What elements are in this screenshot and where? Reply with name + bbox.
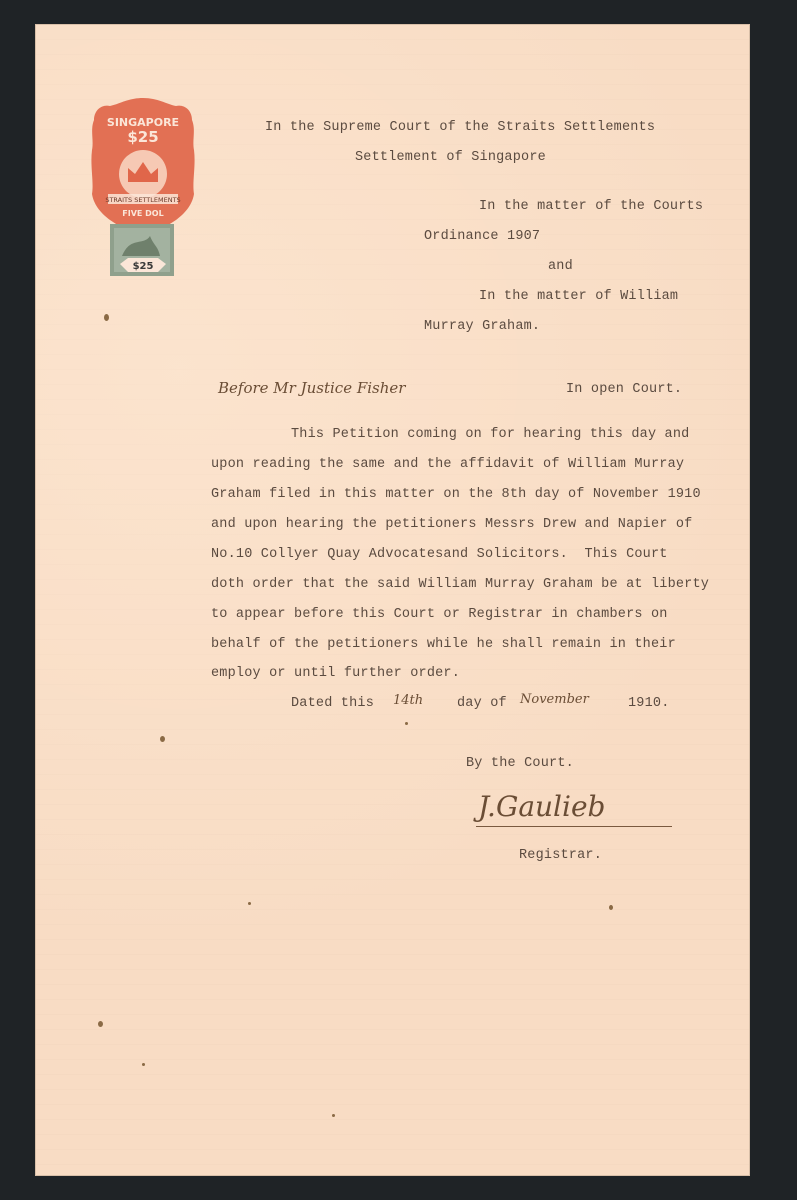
handwritten-before-justice: Before Mr Justice Fisher [218, 379, 405, 397]
dated-prefix: Dated this [291, 696, 374, 711]
foxing-spot [160, 736, 165, 742]
body-line: upon reading the same and the affidavit … [211, 457, 684, 472]
dated-day: 14th [393, 693, 423, 708]
svg-text:$25: $25 [127, 128, 158, 146]
foxing-spot [332, 1114, 335, 1117]
dated-year: 1910. [628, 696, 670, 711]
registrar-signature: J.Gaulieb [478, 790, 605, 823]
matter-line-2: Ordinance 1907 [424, 229, 540, 244]
body-line: behalf of the petitioners while he shall… [211, 637, 676, 652]
settlement-name: Settlement of Singapore [355, 150, 546, 165]
body-line: doth order that the said William Murray … [211, 577, 709, 592]
foxing-spot [104, 314, 109, 321]
svg-text:FIVE DOL: FIVE DOL [122, 209, 163, 218]
body-line: employ or until further order. [211, 666, 460, 681]
body-line: to appear before this Court or Registrar… [211, 607, 668, 622]
foxing-spot [98, 1021, 103, 1027]
matter-line-3: In the matter of William [479, 289, 678, 304]
by-the-court: By the Court. [466, 756, 574, 771]
svg-text:STRAITS SETTLEMENTS: STRAITS SETTLEMENTS [105, 196, 180, 204]
court-heading: In the Supreme Court of the Straits Sett… [265, 120, 655, 135]
matter-line-4: Murray Graham. [424, 319, 540, 334]
open-court: In open Court. [566, 382, 682, 397]
body-line: Graham filed in this matter on the 8th d… [211, 487, 701, 502]
foxing-spot [609, 905, 613, 910]
foxing-spot [248, 902, 251, 905]
body-line: and upon hearing the petitioners Messrs … [211, 517, 692, 532]
signature-underline [476, 826, 672, 827]
dated-mid: day of [457, 696, 507, 711]
revenue-stamp: SINGAPORE $25 STRAITS SETTLEMENTS FIVE D… [88, 96, 198, 286]
dated-month: November [520, 692, 589, 707]
registrar-title: Registrar. [519, 848, 602, 863]
matter-line-1: In the matter of the Courts [479, 199, 703, 214]
body-line: No.10 Collyer Quay Advocatesand Solicito… [211, 547, 668, 562]
body-line: This Petition coming on for hearing this… [291, 427, 689, 442]
foxing-spot [405, 722, 408, 725]
matter-and: and [548, 259, 573, 274]
foxing-spot [142, 1063, 145, 1066]
svg-text:$25: $25 [133, 261, 154, 272]
